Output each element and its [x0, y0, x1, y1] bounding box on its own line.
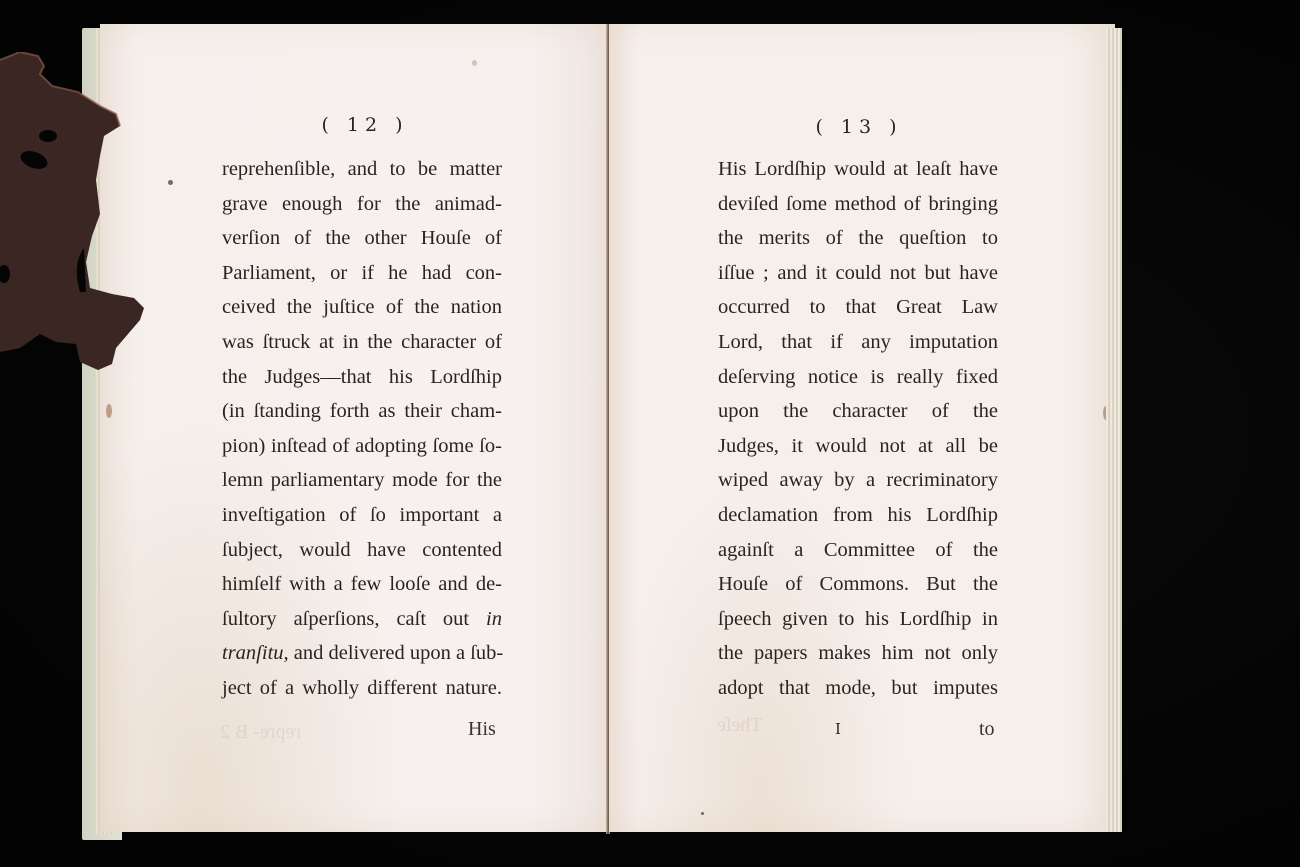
text-line: againſt a Committee of the [718, 533, 998, 568]
signature-mark: I [835, 720, 841, 738]
text-line: ſultory aſperſions, caſt out in [222, 602, 502, 637]
text-line: occurred to that Great Law [718, 290, 998, 325]
text-fragment: ſultory aſperſions, caſt out [222, 608, 469, 630]
text-line: inveſtigation of ſo important a [222, 498, 502, 533]
left-page: repre- B 2 ( 12 ) reprehenſible, and to … [100, 24, 608, 832]
left-page-body: reprehenſible, and to be matter grave en… [222, 152, 502, 706]
book-photo-scene: repre- B 2 ( 12 ) reprehenſible, and to … [0, 0, 1300, 867]
text-line: ſubject, would have contented [222, 533, 502, 568]
text-line: himſelf with a few looſe and de- [222, 567, 502, 602]
right-page: Theſe ( 13 ) His Lordſhip would at leaſt… [609, 24, 1115, 832]
showthrough-text: Theſe [717, 714, 763, 737]
showthrough-text: repre- B 2 [220, 721, 301, 744]
text-line: tranſitu, and delivered upon a ſub- [222, 636, 502, 671]
right-page-stack-edge [1106, 28, 1122, 832]
text-line: Lord, that if any imputation [718, 325, 998, 360]
text-line: deſerving notice is really fixed [718, 360, 998, 395]
foxing-stain [106, 404, 112, 418]
italic-fragment: tranſitu, [222, 642, 289, 664]
text-line: pion) inſtead of adopting ſome ſo- [222, 429, 502, 464]
text-line: verſion of the other Houſe of [222, 221, 502, 256]
text-line: the Judges—that his Lordſhip [222, 360, 502, 395]
text-line: reprehenſible, and to be matter [222, 152, 502, 187]
text-line: wiped away by a recriminatory [718, 463, 998, 498]
text-line: (in ſtanding forth as their cham- [222, 394, 502, 429]
foxing-stain [472, 60, 477, 66]
text-line: upon the character of the [718, 394, 998, 429]
text-fragment: and delivered upon a ſub- [294, 642, 503, 664]
text-line: was ſtruck at in the character of [222, 325, 502, 360]
text-line: Parliament, or if he had con- [222, 256, 502, 291]
text-line: Houſe of Commons. But the [718, 567, 998, 602]
catchword: His [468, 718, 496, 741]
text-line: ject of a wholly different nature. [222, 671, 502, 706]
page-number-header: ( 12 ) [265, 114, 465, 136]
ink-speck [168, 180, 173, 185]
catchword: to [979, 718, 995, 741]
right-page-body: His Lordſhip would at leaſt have deviſed… [718, 152, 998, 706]
text-line: adopt that mode, but imputes [718, 671, 998, 706]
text-line: iſſue ; and it could not but have [718, 256, 998, 291]
text-line: ſpeech given to his Lordſhip in [718, 602, 998, 637]
text-line: grave enough for the animad- [222, 187, 502, 222]
text-line: ceived the juſtice of the nation [222, 290, 502, 325]
text-line: Judges, it would not at all be [718, 429, 998, 464]
text-line: declamation from his Lordſhip [718, 498, 998, 533]
text-line: the papers makes him not only [718, 636, 998, 671]
text-line: His Lordſhip would at leaſt have [718, 152, 998, 187]
text-line: lemn parliamentary mode for the [222, 463, 502, 498]
text-line: deviſed ſome method of bringing [718, 187, 998, 222]
text-line: the merits of the queſtion to [718, 221, 998, 256]
bronze-bookmark-weight [0, 52, 150, 372]
ink-speck [701, 812, 704, 815]
italic-fragment: in [486, 608, 502, 630]
page-number-header: ( 13 ) [759, 116, 959, 138]
